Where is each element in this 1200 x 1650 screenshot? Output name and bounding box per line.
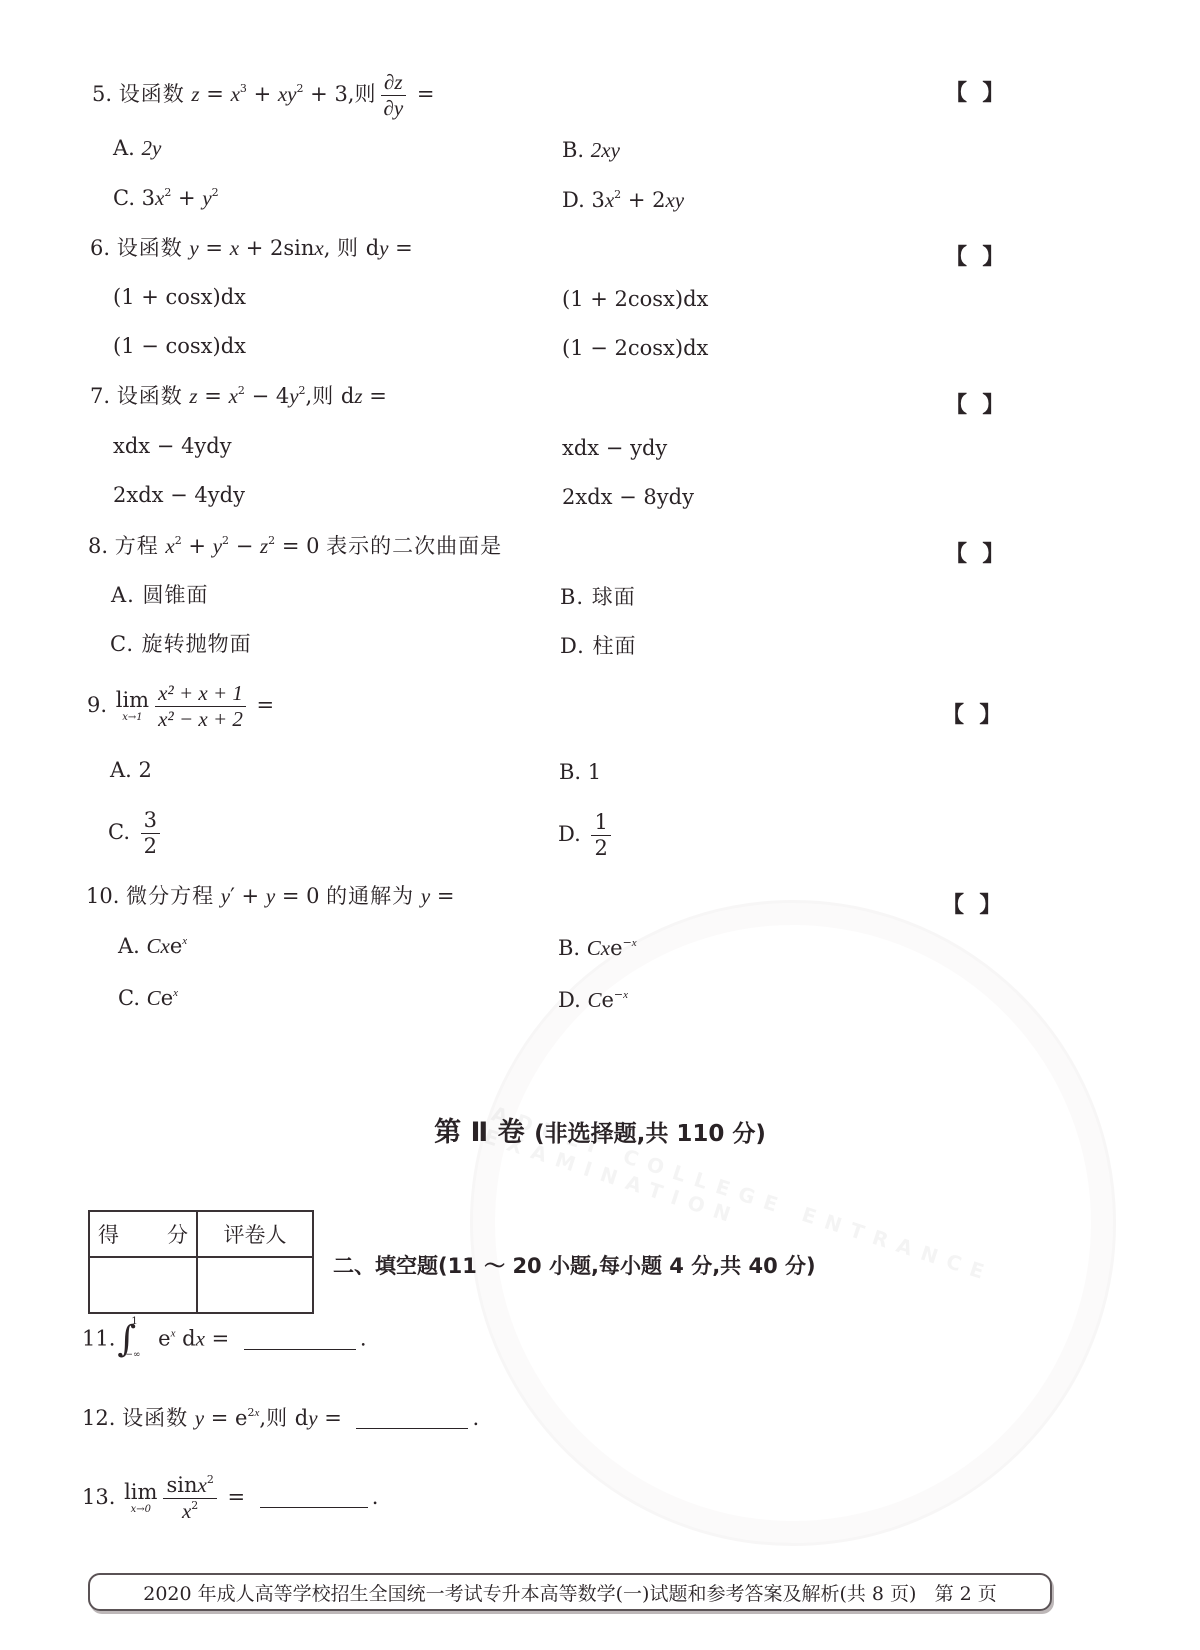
limit-operator: limx→1 bbox=[116, 690, 149, 723]
question-7: 7. 设函数 z = x2 − 4y2,则 dz = bbox=[90, 386, 387, 407]
question-9: 9. limx→1x² + x + 1x² − x + 2 = bbox=[87, 683, 274, 730]
option-5a[interactable]: A. 2y bbox=[113, 138, 161, 159]
option-9d[interactable]: D. 12 bbox=[558, 812, 615, 859]
limit-operator: limx→0 bbox=[124, 1482, 157, 1515]
option-8a[interactable]: A. 圆锥面 bbox=[111, 585, 209, 606]
option-7d[interactable]: 2xdx − 8ydy bbox=[562, 487, 694, 508]
score-header: 得分 bbox=[89, 1211, 197, 1257]
answer-bracket-6[interactable]: 【 】 bbox=[945, 240, 1004, 271]
option-6a[interactable]: (1 + cosx)dx bbox=[113, 287, 246, 308]
option-9a[interactable]: A. 2 bbox=[110, 760, 152, 781]
answer-bracket-7[interactable]: 【 】 bbox=[945, 388, 1004, 419]
integral-sign: ∫1−∞ bbox=[117, 1319, 136, 1360]
grader-header: 评卷人 bbox=[197, 1211, 313, 1257]
option-6b[interactable]: (1 + 2cosx)dx bbox=[562, 289, 708, 310]
partial-fraction: ∂z∂y bbox=[380, 72, 406, 119]
question-5: 5. 设函数 z = x3 + xy2 + 3,则∂z∂y = bbox=[92, 72, 434, 119]
limit-fraction: sinx2x2 bbox=[163, 1475, 216, 1522]
answer-blank-11[interactable] bbox=[244, 1349, 356, 1350]
answer-bracket-5[interactable]: 【 】 bbox=[945, 76, 1004, 107]
answer-blank-13[interactable] bbox=[260, 1507, 368, 1508]
answer-bracket-10[interactable]: 【 】 bbox=[942, 888, 1001, 919]
watermark-stamp: ADULT COLLEGE ENTRANCE EXAMINATION bbox=[386, 816, 1200, 1630]
option-5c[interactable]: C. 3x2 + y2 bbox=[113, 188, 219, 209]
question-12: 12. 设函数 y = e2x,则 dy = . bbox=[82, 1408, 479, 1429]
option-7c[interactable]: 2xdx − 4ydy bbox=[113, 485, 245, 506]
grader-cell[interactable] bbox=[197, 1257, 313, 1313]
option-6c[interactable]: (1 − cosx)dx bbox=[113, 336, 246, 357]
page-footer: 2020 年成人高等学校招生全国统一考试专升本高等数学(一)试题和参考答案及解析… bbox=[88, 1573, 1052, 1611]
option-10b[interactable]: B. Cxe−x bbox=[558, 938, 637, 959]
question-8: 8. 方程 x2 + y2 − z2 = 0 表示的二次曲面是 bbox=[88, 536, 502, 557]
option-6d[interactable]: (1 − 2cosx)dx bbox=[562, 338, 708, 359]
option-10a[interactable]: A. Cxex bbox=[118, 936, 187, 957]
option-8c[interactable]: C. 旋转抛物面 bbox=[110, 634, 252, 655]
answer-blank-12[interactable] bbox=[356, 1428, 468, 1429]
question-13: 13. limx→0sinx2x2 = . bbox=[82, 1475, 378, 1522]
option-9c[interactable]: C. 32 bbox=[108, 810, 164, 857]
limit-fraction: x² + x + 1x² − x + 2 bbox=[155, 683, 246, 730]
answer-bracket-9[interactable]: 【 】 bbox=[942, 698, 1001, 729]
question-6: 6. 设函数 y = x + 2sinx, 则 dy = bbox=[90, 238, 413, 259]
option-8d[interactable]: D. 柱面 bbox=[560, 636, 636, 657]
section-title: 第 Ⅱ 卷 (非选择题,共 110 分) bbox=[0, 1110, 1200, 1149]
score-cell[interactable] bbox=[89, 1257, 197, 1313]
option-10c[interactable]: C. Cex bbox=[118, 988, 178, 1009]
question-11: 11.∫1−∞ex dx = . bbox=[82, 1322, 367, 1358]
option-9b[interactable]: B. 1 bbox=[559, 762, 601, 783]
option-7a[interactable]: xdx − 4ydy bbox=[113, 436, 232, 457]
option-10d[interactable]: D. Ce−x bbox=[558, 990, 628, 1011]
option-5b[interactable]: B. 2xy bbox=[562, 140, 620, 161]
option-7b[interactable]: xdx − ydy bbox=[562, 438, 667, 459]
question-10: 10. 微分方程 y′ + y = 0 的通解为 y = bbox=[86, 886, 454, 907]
option-5d[interactable]: D. 3x2 + 2xy bbox=[562, 190, 684, 211]
option-8b[interactable]: B. 球面 bbox=[560, 587, 636, 608]
page-number: 第 2 页 bbox=[935, 1579, 997, 1606]
answer-bracket-8[interactable]: 【 】 bbox=[945, 537, 1004, 568]
fill-section-title: 二、填空题(11 ～ 20 小题,每小题 4 分,共 40 分) bbox=[333, 1250, 816, 1280]
score-table: 得分 评卷人 bbox=[88, 1210, 314, 1314]
exam-page: ADULT COLLEGE ENTRANCE EXAMINATION 5. 设函… bbox=[0, 0, 1200, 1650]
